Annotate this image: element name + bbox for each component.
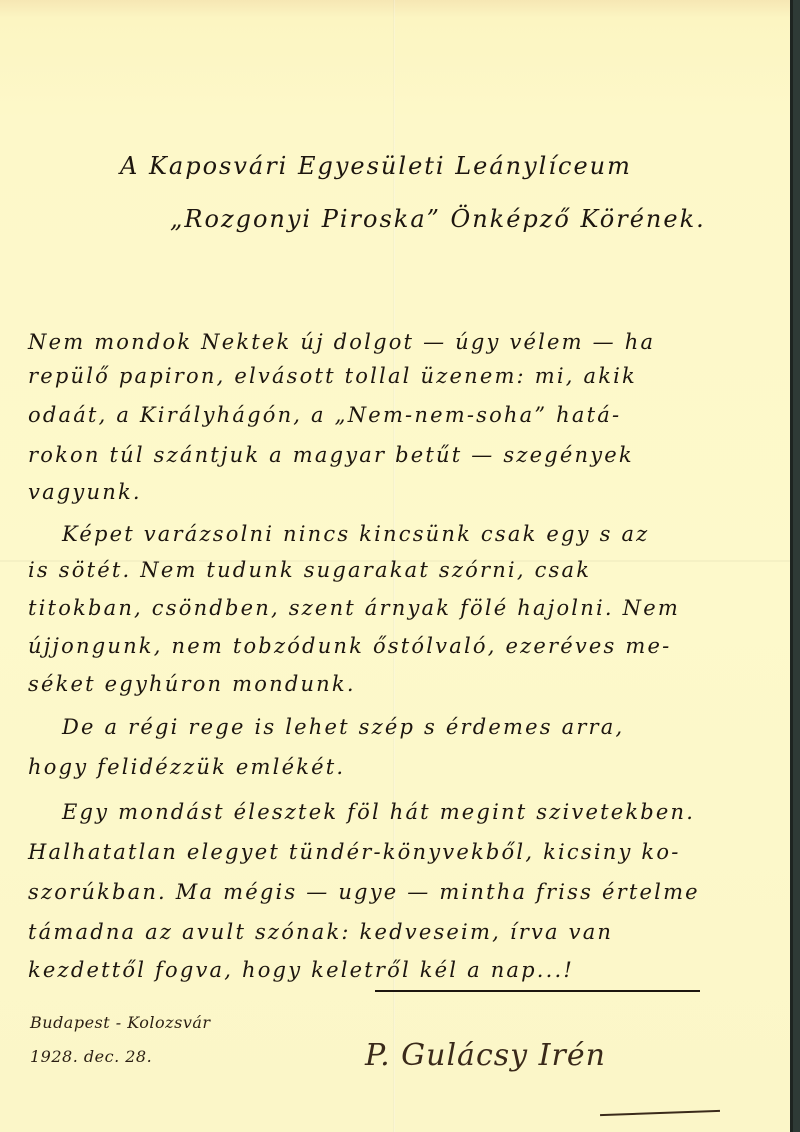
body-line: Képet varázsolni nincs kincsünk csak egy… xyxy=(62,522,649,546)
body-line: repülő papiron, elvásott tollal üzenem: … xyxy=(28,364,637,388)
body-line: Halhatatlan elegyet tündér-könyvekből, k… xyxy=(28,840,681,864)
body-line-text: kezdettől fogva, hogy keletről kél a nap… xyxy=(28,958,574,982)
header-line-2: „Rozgonyi Piroska” Önképző Körének. xyxy=(170,205,706,233)
body-line: titokban, csöndben, szent árnyak fölé ha… xyxy=(28,596,680,620)
body-line: rokon túl szántjuk a magyar betűt — szeg… xyxy=(28,443,634,467)
place-line: Budapest - Kolozsvár xyxy=(30,1013,211,1032)
signature: P. Gulácsy Irén xyxy=(365,1038,606,1073)
body-line: szorúkban. Ma mégis — ugye — mintha fris… xyxy=(28,880,700,904)
body-line: újjongunk, nem tobzódunk őstólvaló, ezer… xyxy=(28,634,671,658)
body-line: támadna az avult szónak: kedveseim, írva… xyxy=(28,920,613,944)
body-line: odaát, a Királyhágón, a „Nem-nem-soha” h… xyxy=(28,403,621,427)
letter-page: A Kaposvári Egyesületi Leánylíceum „Rozg… xyxy=(0,0,793,1132)
body-line: hogy felidézzük emlékét. xyxy=(28,755,345,779)
body-line: is sötét. Nem tudunk sugarakat szórni, c… xyxy=(28,558,591,582)
body-line: Nem mondok Nektek új dolgot — úgy vélem … xyxy=(28,330,655,354)
signature-underline xyxy=(600,1110,720,1116)
header-line-1: A Kaposvári Egyesületi Leánylíceum xyxy=(120,152,632,180)
body-line: Egy mondást élesztek föl hát megint sziv… xyxy=(62,800,695,824)
underline-stroke xyxy=(375,990,700,992)
body-line-with-underline: kezdettől fogva, hogy keletről kél a nap… xyxy=(28,958,574,982)
body-line: De a régi rege is lehet szép s érdemes a… xyxy=(62,715,624,739)
body-line: séket egyhúron mondunk. xyxy=(28,672,356,696)
body-line: vagyunk. xyxy=(28,480,142,504)
date-line: 1928. dec. 28. xyxy=(30,1047,152,1066)
